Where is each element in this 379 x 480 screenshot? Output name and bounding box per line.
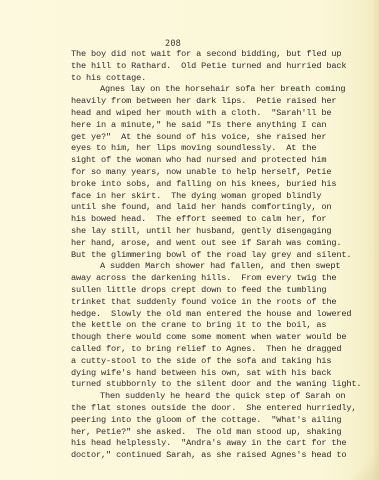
text-line: she lay still, until her husband, gently…	[71, 226, 371, 238]
text-line: for so many years, now unable to help he…	[71, 167, 371, 179]
text-line: broke into sobs, and falling on his knee…	[71, 179, 371, 191]
text-line: sight of the woman who had nursed and pr…	[71, 155, 371, 167]
text-line: his bowed head. The effort seemed to cal…	[71, 214, 371, 226]
text-line: dying wife's hand between his own, sat w…	[71, 368, 371, 380]
text-line: her hand, arose, and went out see if Sar…	[71, 238, 371, 250]
page-edge-shadow	[373, 0, 379, 480]
text-line: until she found, and laid her hands comf…	[71, 202, 371, 214]
typewritten-page: 208 The boy did not wait for a second bi…	[0, 0, 379, 480]
text-line: here in a minute," he said "Is there any…	[71, 120, 371, 132]
body-text: The boy did not wait for a second biddin…	[71, 49, 371, 462]
text-line: trinket that suddenly found voice in the…	[71, 297, 371, 309]
text-line: doctor," continued Sarah, as she raised …	[71, 450, 371, 462]
text-line: peering into the gloom of the cottage. "…	[71, 415, 371, 427]
text-line: hedge. Slowly the old man entered the ho…	[71, 309, 371, 321]
text-line: get ye?" At the sound of his voice, she …	[71, 132, 371, 144]
text-line: called for, to bring relief to Agnes. Th…	[71, 344, 371, 356]
text-line: head and wiped her mouth with a cloth. "…	[71, 108, 371, 120]
text-line: a cutty-stool to the side of the sofa an…	[71, 356, 371, 368]
text-line: the hill to Rathard. Old Petie turned an…	[71, 61, 371, 73]
text-line: away across the darkening hills. From ev…	[71, 273, 371, 285]
text-line: the flat stones outside the door. She en…	[71, 403, 371, 415]
text-line: But the glimmering bowl of the road lay …	[71, 250, 371, 262]
paragraph-first-line: A sudden March shower had fallen, and th…	[71, 261, 371, 273]
page-number: 208	[165, 39, 181, 49]
text-line: The boy did not wait for a second biddin…	[71, 49, 371, 61]
text-line: the kettle on the crane to bring it to t…	[71, 320, 371, 332]
text-line: heavily from between her dark lips. Peti…	[71, 96, 371, 108]
paragraph-first-line: Agnes lay on the horsehair sofa her brea…	[71, 84, 371, 96]
text-line: turned stubbornly to the silent door and…	[71, 379, 371, 391]
text-line: her, Petie?" she asked. The old man stoo…	[71, 427, 371, 439]
text-line: though there would come some moment when…	[71, 332, 371, 344]
paragraph-first-line: Then suddenly he heard the quick step of…	[71, 391, 371, 403]
text-line: to his cottage.	[71, 73, 371, 85]
text-line: face in her skirt. The dying woman grope…	[71, 191, 371, 203]
text-line: sullen little drops crept down to feed t…	[71, 285, 371, 297]
text-line: his head helplessly. "Andra's away in th…	[71, 438, 371, 450]
text-line: eyes to him, her lips moving soundlessly…	[71, 143, 371, 155]
